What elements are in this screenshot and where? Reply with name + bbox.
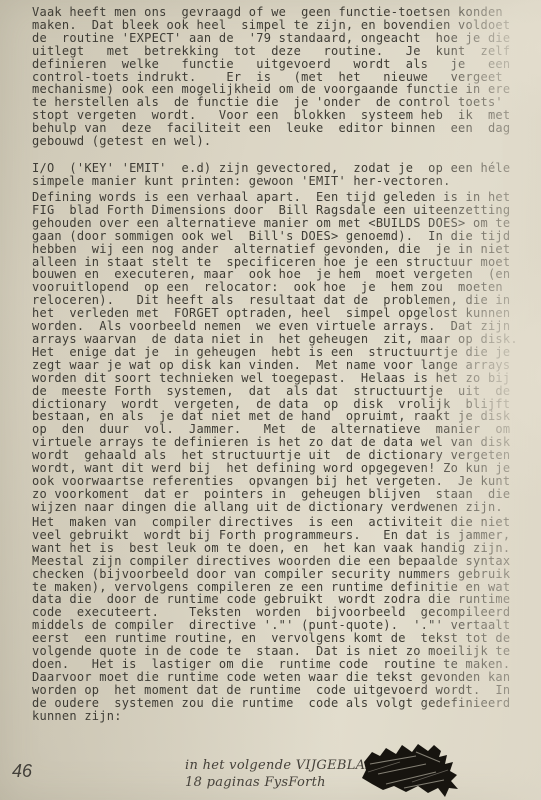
text-line: gehouden over een alternatieve manier om… (32, 217, 524, 230)
text-line: simpele manier kunt printen: gewoon 'EMI… (32, 175, 524, 188)
text-line: ook voorwaartse referenties opvangen bij… (32, 475, 524, 488)
text-line: hebben wij een nog ander alternatief gev… (32, 243, 524, 256)
paragraph-io-vectoring: I/O ('KEY' 'EMIT' e.d) zijn gevectored, … (32, 162, 524, 188)
text-line: Het enige dat je in geheugen hebt is een… (32, 346, 524, 359)
footer-note: in het volgende VIJGEBLAD 18 paginas Fys… (185, 757, 376, 791)
page-number: 46 (12, 761, 32, 782)
text-line: want het is best leuk om te doen, en het… (32, 542, 524, 555)
text-line: Vaak heeft men ons gevraagd of we geen f… (32, 6, 524, 19)
text-line: worden dit soort technieken wel toegepas… (32, 372, 524, 385)
text-line: doen. Het is lastiger om die runtime cod… (32, 658, 524, 671)
footer-note-line1: in het volgende VIJGEBLAD (185, 757, 376, 774)
text-line: de routine 'EXPECT' aan de '79 standaard… (32, 32, 524, 45)
text-line: gebouwd (getest en wel). (32, 135, 524, 148)
text-line: Daarvoor moet die runtime code weten waa… (32, 671, 524, 684)
text-line: checken (bijvoorbeeld door van compiler … (32, 568, 524, 581)
text-line: definieren welke functie uitgevoerd word… (32, 58, 524, 71)
text-line: zo voorkoment dat er pointers in geheuge… (32, 488, 524, 501)
text-line: I/O ('KEY' 'EMIT' e.d) zijn gevectored, … (32, 162, 524, 175)
text-line: gaan (door sommigen ook wel Bill's DOES>… (32, 230, 524, 243)
text-line: kunnen zijn: (32, 710, 524, 723)
text-line: uitlegt met betrekking tot deze routine.… (32, 45, 524, 58)
paragraph-function-keys: Vaak heeft men ons gevraagd of we geen f… (32, 6, 524, 148)
text-line: de meeste Forth systemen, dat als dat st… (32, 385, 524, 398)
paragraph-defining-words: Defining words is een verhaal apart. Een… (32, 191, 524, 514)
ink-blot-icon (356, 742, 468, 800)
text-line: Het maken van compiler directives is een… (32, 516, 524, 529)
text-line: de oudere systemen zou die runtime code … (32, 697, 524, 710)
text-line: arrays waarvan de data niet in het geheu… (32, 333, 524, 346)
text-line: veel gebruikt wordt bij Forth programmeu… (32, 529, 524, 542)
text-line: zegt waar je wat op disk kan vinden. Met… (32, 359, 524, 372)
text-line: Meestal zijn compiler directives woorden… (32, 555, 524, 568)
text-line: worden op het moment dat de runtime code… (32, 684, 524, 697)
text-line: maken. Dat bleek ook heel simpel te zijn… (32, 19, 524, 32)
text-line: wordt, want dit werd bij het defining wo… (32, 462, 524, 475)
paragraph-compiler-directives: Het maken van compiler directives is een… (32, 516, 524, 723)
scanned-page: Vaak heeft men ons gevraagd of we geen f… (0, 0, 541, 800)
text-line: wijzen naar dingen die allang uit de dic… (32, 501, 524, 514)
footer-note-line2: 18 paginas FysForth (185, 774, 376, 791)
text-line: Defining words is een verhaal apart. Een… (32, 191, 524, 204)
text-line: FIG blad Forth Dimensions door Bill Rags… (32, 204, 524, 217)
